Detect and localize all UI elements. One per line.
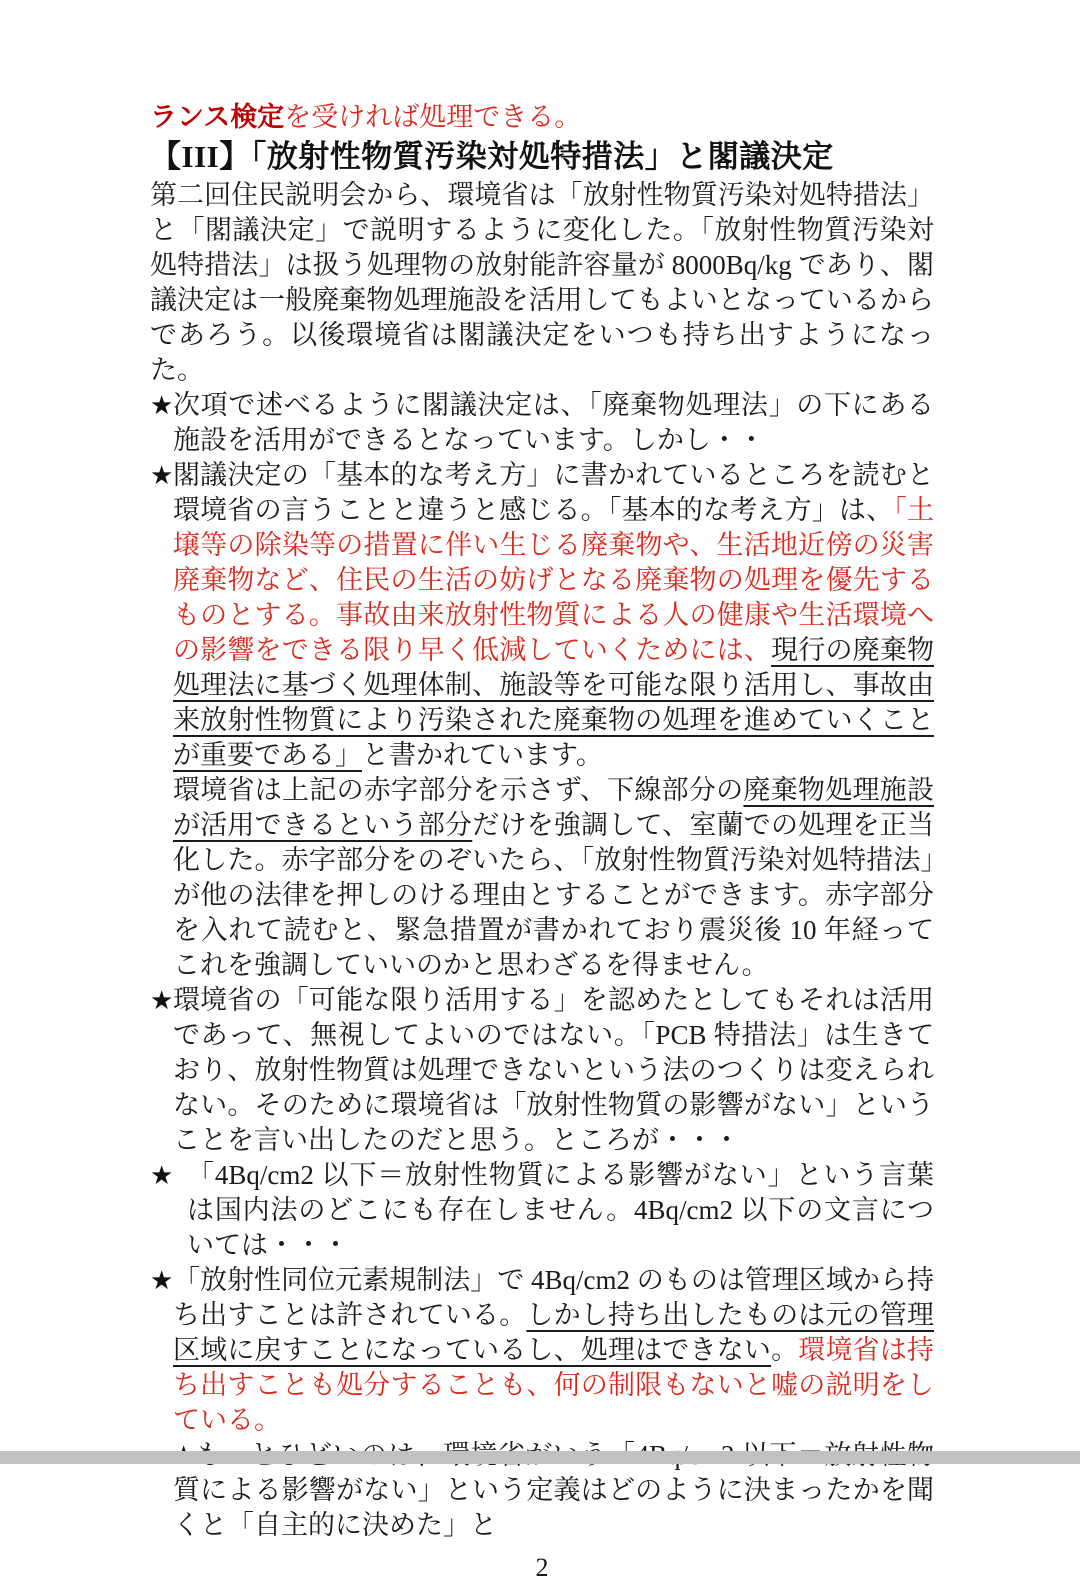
bullet-item-1: ★次項で述べるように閣議決定は、「廃棄物処理法」の下にある施設を活用ができるとな… xyxy=(150,388,934,458)
intro-red-text: を受ければ処理できる。 xyxy=(284,102,581,132)
intro-red-bold-text: ランス検定 xyxy=(150,102,284,132)
document-page: ランス検定を受ければ処理できる。 【III】「放射性物質汚染対処特措法」と閣議決… xyxy=(150,100,934,1464)
commentary-paragraph: 環境省は上記の赤字部分を示さず、下線部分の廃棄物処理施設が活用できるという部分だ… xyxy=(150,773,934,983)
text-segment: 。 xyxy=(771,1335,798,1365)
paragraph-intro: 第二回住民説明会から、環境省は「放射性物質汚染対処特措法」と「閣議決定」で説明す… xyxy=(150,178,934,388)
text-segment: と書かれています。 xyxy=(362,740,603,770)
star-bullet-icon: ★ xyxy=(150,458,173,493)
text-segment: 次項で述べるように閣議決定は、「廃棄物処理法」の下にある施設を活用ができるとなっ… xyxy=(173,390,934,455)
text-segment: 環境省の「可能な限り活用する」を認めたとしてもそれは活用であって、無視してよいの… xyxy=(173,985,934,1155)
text-segment: 「4Bq/cm2 以下＝放射性物質による影響がない」という言葉は国内法のどこにも… xyxy=(187,1160,934,1260)
window-bottom-edge xyxy=(0,1451,1080,1464)
intro-red-line: ランス検定を受ければ処理できる。 xyxy=(150,100,934,135)
star-bullet-icon: ★ xyxy=(150,983,173,1018)
bullet-item-2: ★閣議決定の「基本的な考え方」に書かれているところを読むと環境省の言うことと違う… xyxy=(150,458,934,773)
star-bullet-icon: ★ xyxy=(150,1158,173,1193)
star-bullet-icon: ★ xyxy=(150,1263,173,1298)
bullet-item-4: ★「4Bq/cm2 以下＝放射性物質による影響がない」という言葉は国内法のどこに… xyxy=(150,1158,934,1263)
bullet-item-5: ★「放射性同位元素規制法」で 4Bq/cm2 のものは管理区域から持ち出すことは… xyxy=(150,1263,934,1438)
text-segment: 環境省は上記の赤字部分を示さず、下線部分の xyxy=(173,775,743,805)
section-heading: 【III】「放射性物質汚染対処特措法」と閣議決定 xyxy=(150,135,934,178)
text-segment: 閣議決定の「基本的な考え方」に書かれているところを読むと環境省の言うことと違うと… xyxy=(173,460,934,525)
star-bullet-icon: ★ xyxy=(150,388,173,423)
bullet-item-3: ★環境省の「可能な限り活用する」を認めたとしてもそれは活用であって、無視してよい… xyxy=(150,983,934,1158)
